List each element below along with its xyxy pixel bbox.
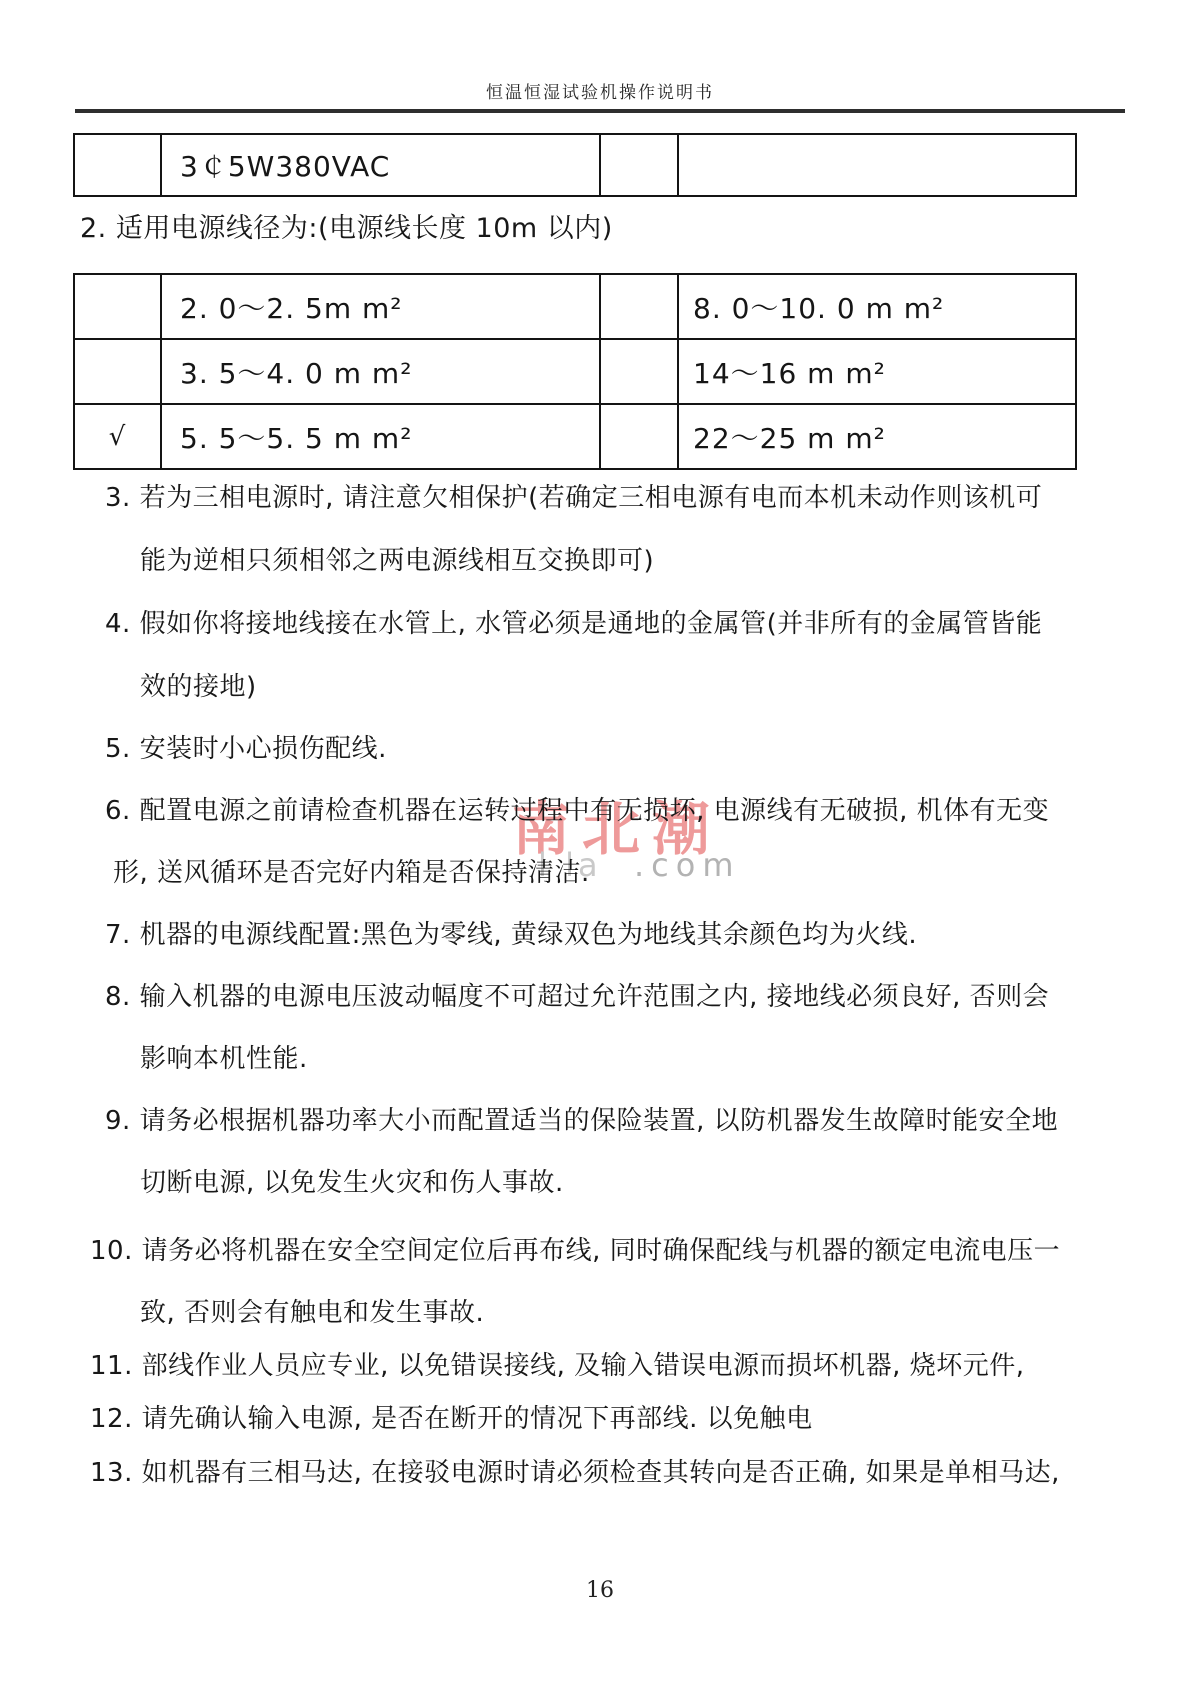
wire-spacer-cell [600,404,678,469]
list-item-3-line-2: 能为逆相只须相邻之两电源线相互交换即可) [140,544,654,578]
wire-gauge-table: 2. 0～2. 5m m² 8. 0～10. 0 m m² 3. 5～4. 0 … [73,273,1077,470]
table-row: √ 5. 5～5. 5 m m² 22～25 m m² [74,404,1076,469]
list-item-4-line-1: 4. 假如你将接地线接在水管上, 水管必须是通地的金属管(并非所有的金属管皆能 [105,607,1042,641]
list-item-7: 7. 机器的电源线配置:黑色为零线, 黄绿双色为地线其余颜色均为火线. [105,918,917,952]
list-item-10-line-2: 致, 否则会有触电和发生事故. [140,1296,484,1330]
list-item-5: 5. 安装时小心损伤配线. [105,732,387,766]
wire-value-cell: 14～16 m m² [678,339,1076,404]
wire-checkmark-cell: √ [74,404,161,469]
document-page: 恒温恒湿试验机操作说明书 南北潮 l la .com 3￠5W380VAC 2.… [0,0,1200,1697]
table-row: 2. 0～2. 5m m² 8. 0～10. 0 m m² [74,274,1076,339]
list-item-4-line-2: 效的接地) [140,670,257,704]
list-item-6-line-2: 形, 送风循环是否完好内箱是否保持清洁. [113,856,590,890]
list-item-10-line-1: 10. 请务必将机器在安全空间定位后再布线, 同时确保配线与机器的额定电流电压一 [90,1234,1060,1268]
spec-label-cell: 3￠5W380VAC [161,134,600,196]
list-item-8-line-2: 影响本机性能. [140,1042,308,1076]
wire-value-cell: 22～25 m m² [678,404,1076,469]
list-item-12: 12. 请先确认输入电源, 是否在断开的情况下再部线. 以免触电 [90,1402,813,1436]
wire-value-cell: 8. 0～10. 0 m m² [678,274,1076,339]
wire-check-cell [74,274,161,339]
wire-label-cell: 5. 5～5. 5 m m² [161,404,600,469]
header-divider [75,109,1125,113]
list-item-3-line-1: 3. 若为三相电源时, 请注意欠相保护(若确定三相电源有电而本机未动作则该机可 [105,481,1042,515]
spec-spacer-cell [600,134,678,196]
section-heading: 2. 适用电源线径为:(电源线长度 10m 以内) [80,212,613,246]
list-item-6-line-1: 6. 配置电源之前请检查机器在运转过程中有无损坏, 电源线有无破损, 机体有无变 [105,794,1049,828]
power-spec-table: 3￠5W380VAC [73,133,1077,197]
list-item-9-line-2: 切断电源, 以免发生火灾和伤人事故. [140,1166,564,1200]
table-row: 3. 5～4. 0 m m² 14～16 m m² [74,339,1076,404]
wire-spacer-cell [600,339,678,404]
list-item-11: 11. 部线作业人员应专业, 以免错误接线, 及输入错误电源而损坏机器, 烧坏元… [90,1349,1024,1383]
page-header-title: 恒温恒湿试验机操作说明书 [0,78,1200,103]
wire-label-cell: 2. 0～2. 5m m² [161,274,600,339]
wire-spacer-cell [600,274,678,339]
list-item-9-line-1: 9. 请务必根据机器功率大小而配置适当的保险装置, 以防机器发生故障时能安全地 [105,1104,1058,1138]
spec-value-cell [678,134,1076,196]
list-item-8-line-1: 8. 输入机器的电源电压波动幅度不可超过允许范围之内, 接地线必须良好, 否则会 [105,980,1049,1014]
watermark-domain: .com [634,846,741,884]
wire-check-cell [74,339,161,404]
page-number: 16 [0,1578,1200,1603]
list-item-13: 13. 如机器有三相马达, 在接驳电源时请必须检查其转向是否正确, 如果是单相马… [90,1456,1060,1490]
spec-check-cell [74,134,161,196]
table-row: 3￠5W380VAC [74,134,1076,196]
wire-label-cell: 3. 5～4. 0 m m² [161,339,600,404]
